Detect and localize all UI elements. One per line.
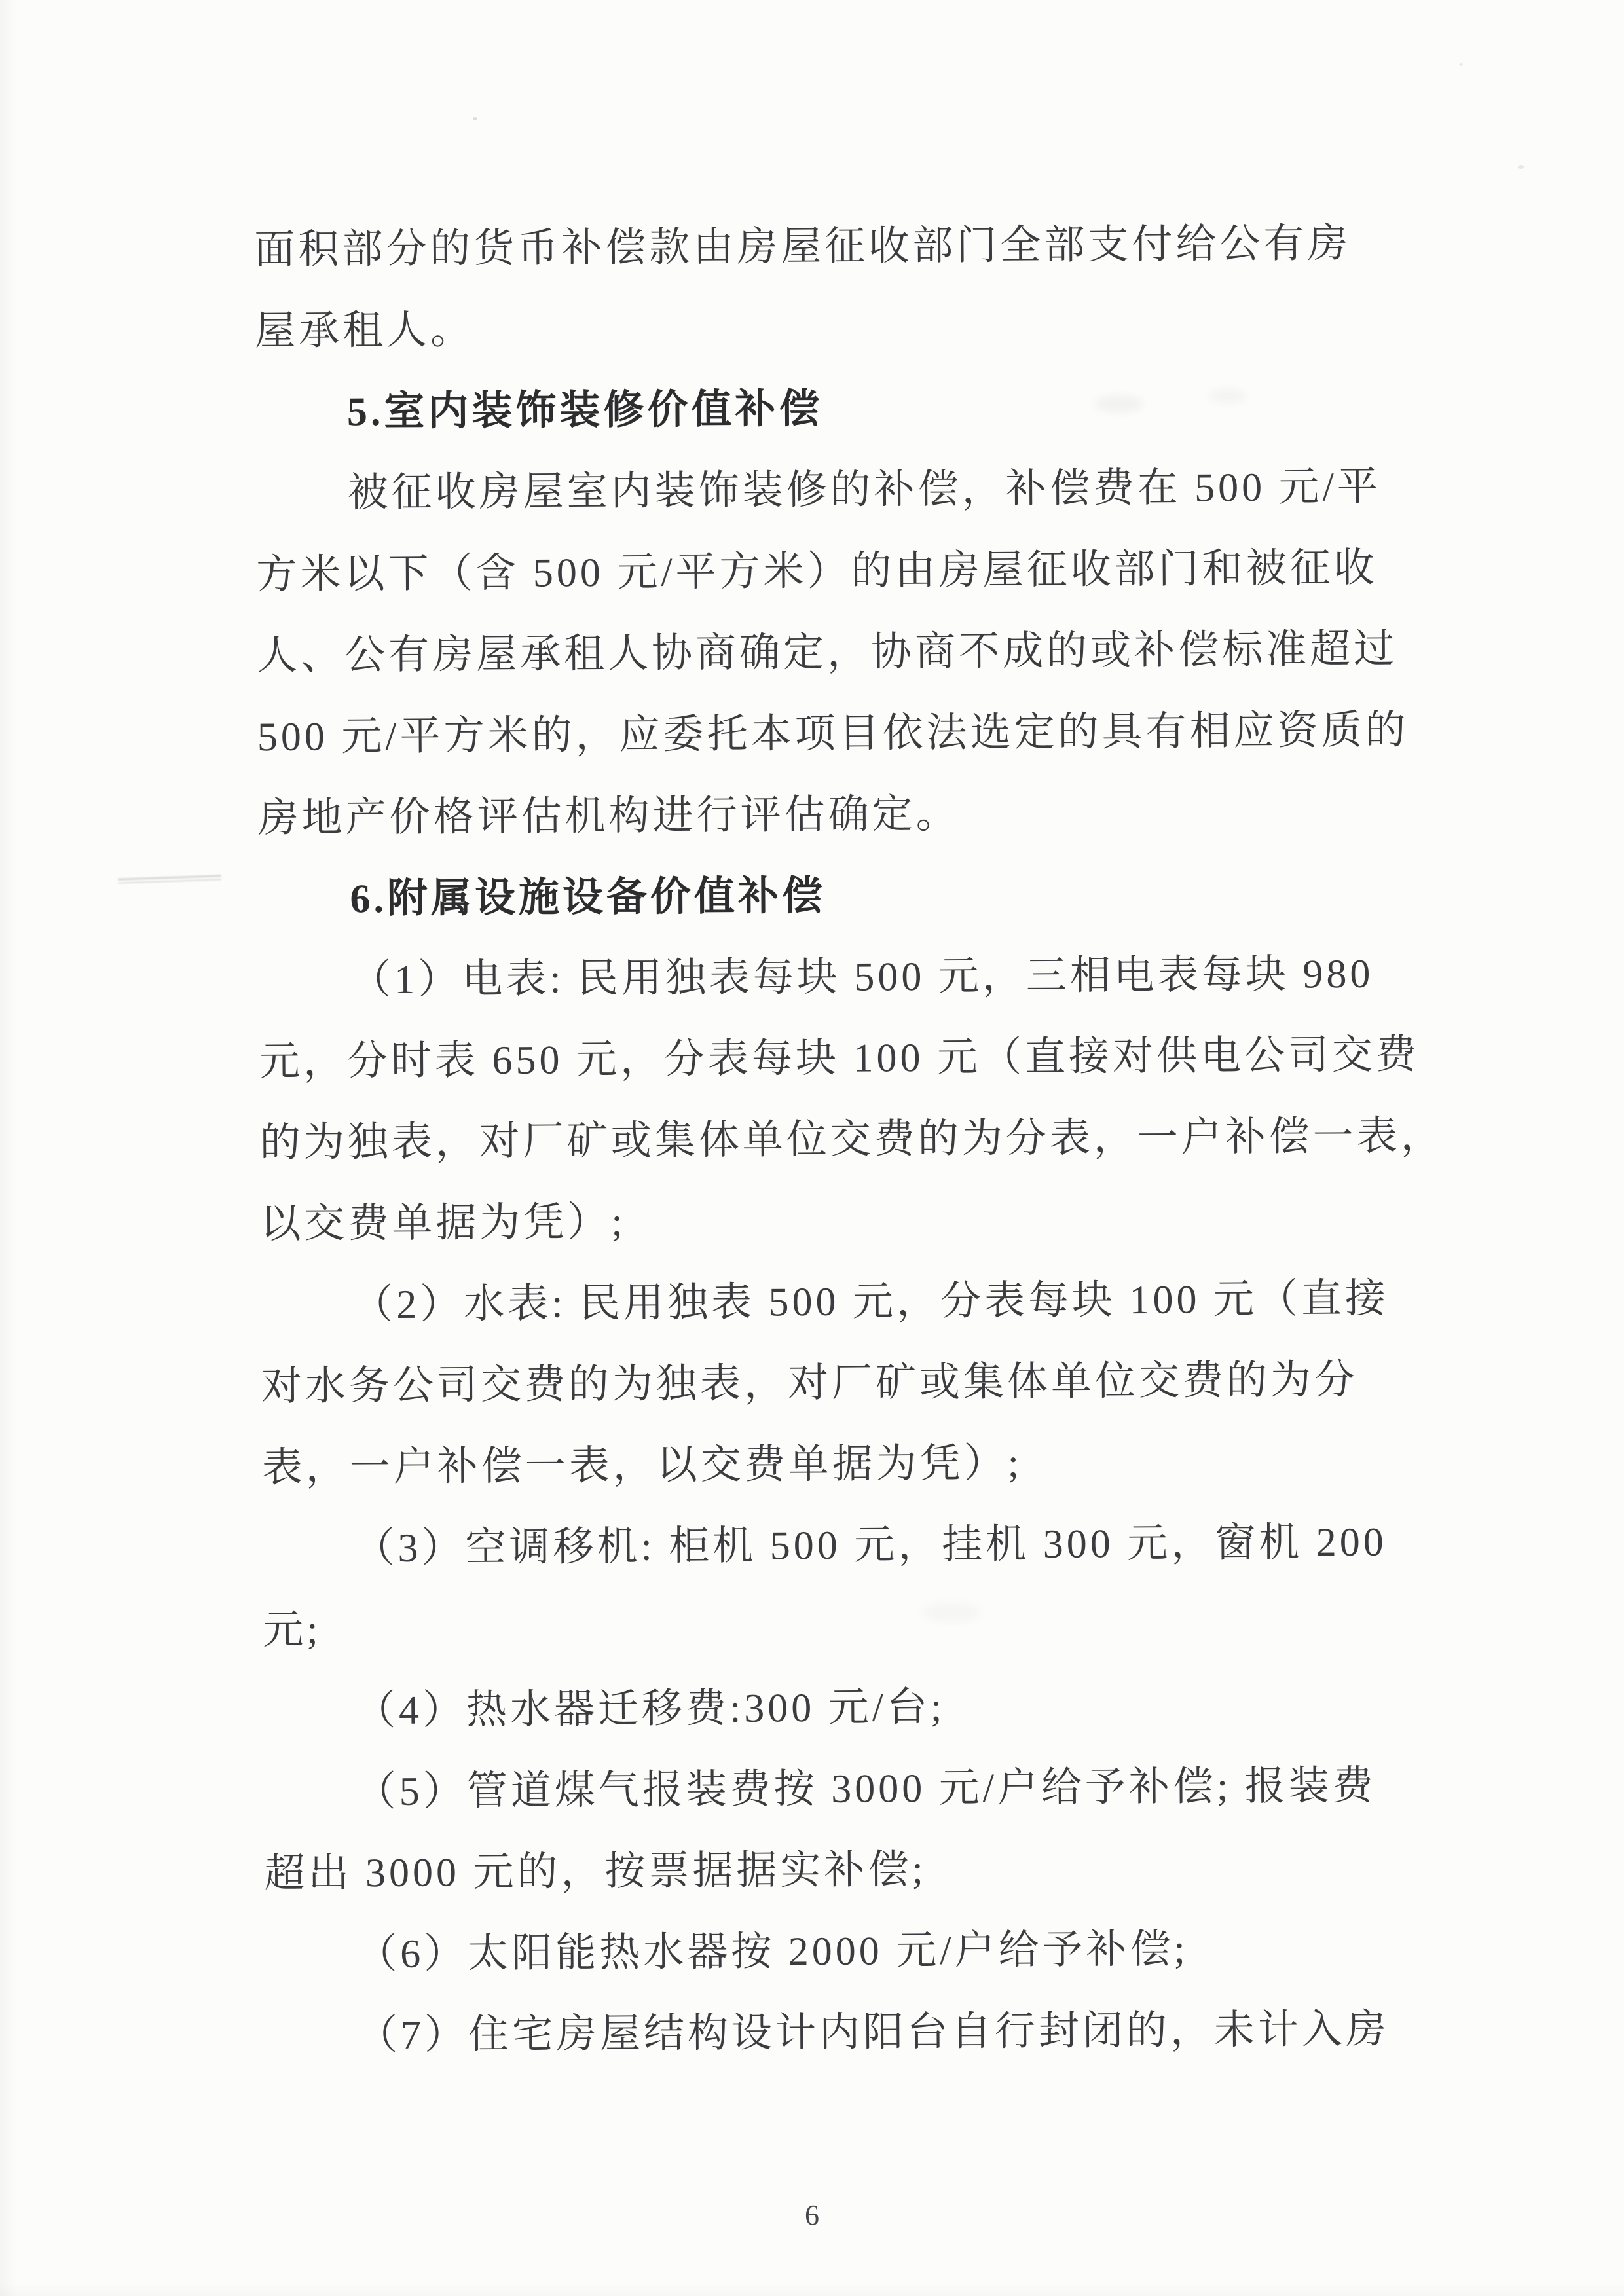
text-line: 屋承租人。 xyxy=(255,284,1379,372)
text-line: 元，分时表 650 元，分表每块 100 元（直接对供电公司交费 xyxy=(259,1015,1384,1102)
scan-speck xyxy=(473,117,477,120)
text-line: （4）热水器迁移费:300 元/台; xyxy=(263,1664,1388,1752)
text-line: 方米以下（含 500 元/平方米）的由房屋征收部门和被征收 xyxy=(256,528,1380,615)
text-column: 面积部分的货币补偿款由房屋征收部门全部支付给公有房屋承租人。5.室内装饰装修价值… xyxy=(254,203,1389,2077)
section-heading: 6.附属设施设备价值补偿 xyxy=(258,852,1382,940)
text-line: （2）水表: 民用独表 500 元，分表每块 100 元（直接 xyxy=(261,1258,1385,1346)
scan-blot xyxy=(922,1603,981,1622)
text-line: 表，一户补偿一表，以交费单据为凭）; xyxy=(261,1421,1386,1508)
text-line: 面积部分的货币补偿款由房屋征收部门全部支付给公有房 xyxy=(254,203,1378,291)
section-heading: 5.室内装饰装修价值补偿 xyxy=(255,365,1380,453)
text-line: （1）电表: 民用独表每块 500 元，三相电表每块 980 xyxy=(259,934,1383,1021)
scan-blot xyxy=(1095,395,1143,412)
text-line: （7）住宅房屋结构设计内阳台自行封闭的，未计入房 xyxy=(265,1989,1390,2077)
document-page: 面积部分的货币补偿款由房屋征收部门全部支付给公有房屋承租人。5.室内装饰装修价值… xyxy=(0,0,1624,2296)
text-line: 的为独表，对厂矿或集体单位交费的为分表，一户补偿一表， xyxy=(259,1096,1384,1184)
scan-speck xyxy=(1518,165,1524,169)
text-line: 房地产价格评估机构进行评估确定。 xyxy=(257,771,1382,859)
text-line: 以交费单据为凭）; xyxy=(260,1177,1384,1265)
text-line: 元; xyxy=(263,1583,1387,1671)
text-line: 被征收房屋室内装饰装修的补偿，补偿费在 500 元/平 xyxy=(255,446,1380,534)
text-line: 对水务公司交费的为独表，对厂矿或集体单位交费的为分 xyxy=(261,1339,1386,1427)
text-line: （3）空调移机: 柜机 500 元，挂机 300 元，窗机 200 xyxy=(262,1502,1386,1590)
text-line: 人、公有房屋承租人协商确定，协商不成的或补偿标准超过 xyxy=(257,609,1381,697)
scan-smudge xyxy=(118,873,221,886)
page-number: 6 xyxy=(0,2198,1624,2232)
scan-blot xyxy=(1209,389,1247,403)
scan-speck xyxy=(1459,63,1463,66)
text-line: 超出 3000 元的，按票据据实补偿; xyxy=(264,1827,1388,1914)
text-line: 500 元/平方米的，应委托本项目依法选定的具有相应资质的 xyxy=(257,690,1382,778)
text-line: （5）管道煤气报装费按 3000 元/户给予补偿; 报装费 xyxy=(263,1745,1388,1833)
text-line: （6）太阳能热水器按 2000 元/户给予补偿; xyxy=(265,1908,1389,1995)
